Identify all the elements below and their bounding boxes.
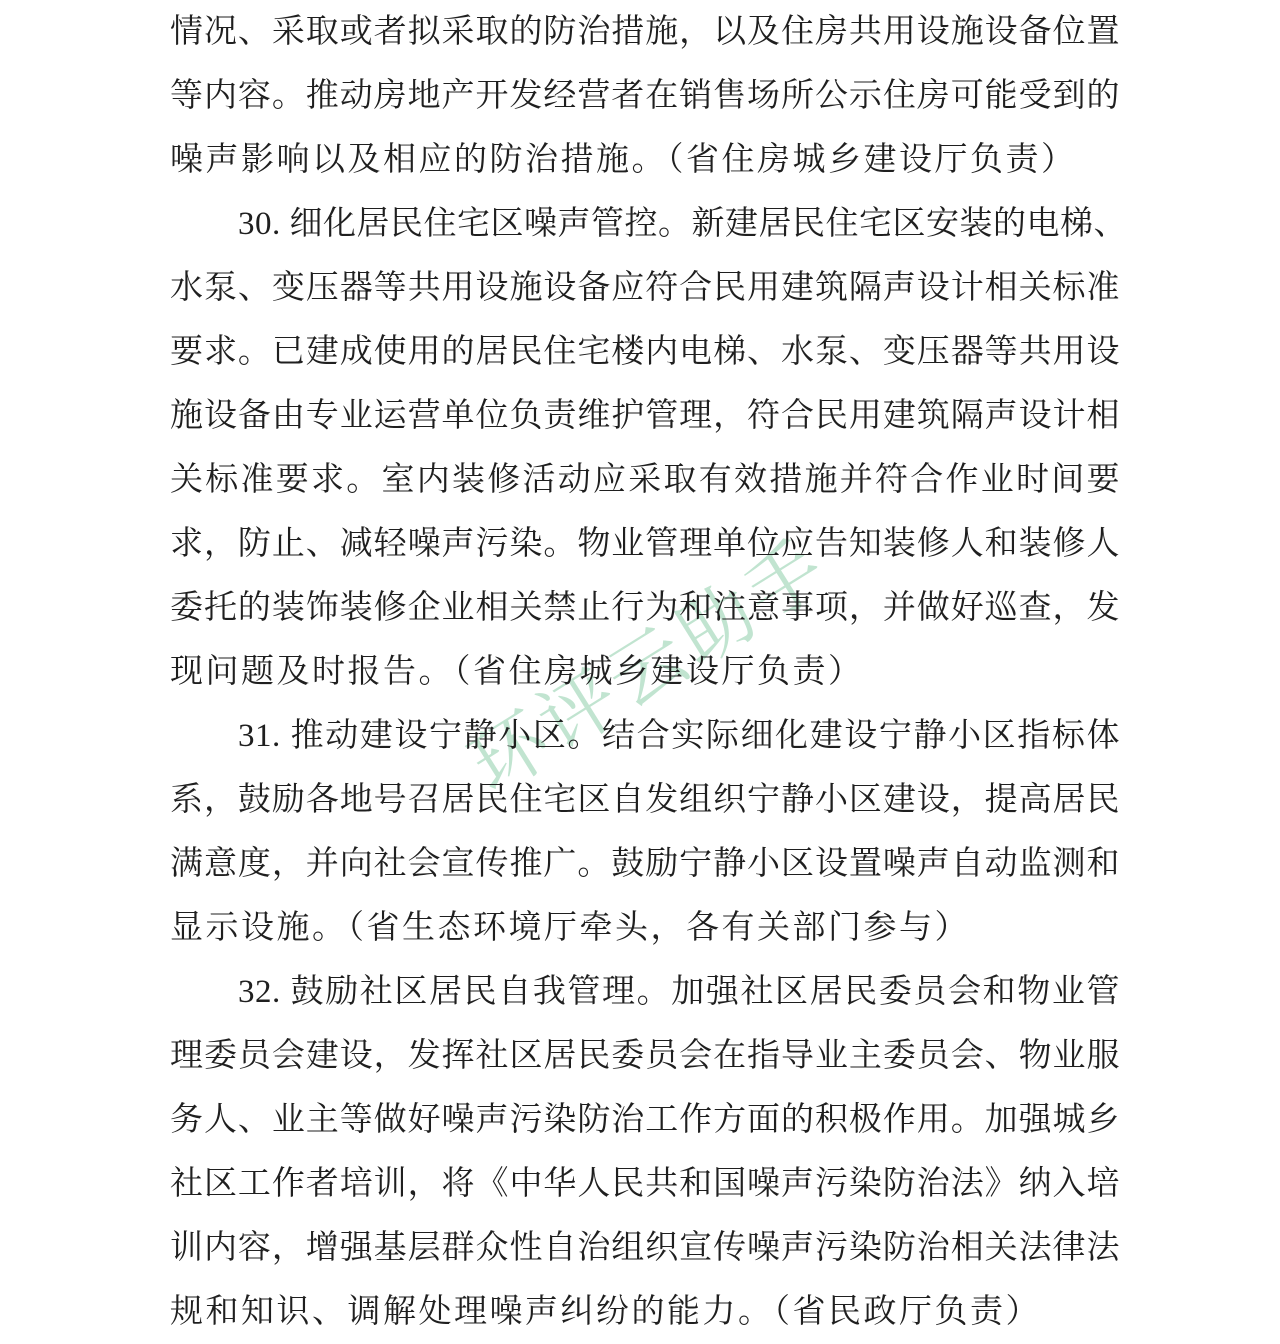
- text-line: 施设备由专业运营单位负责维护管理，符合民用建筑隔声设计相: [170, 384, 1120, 448]
- text-line: 要求。已建成使用的居民住宅楼内电梯、水泵、变压器等共用设: [170, 320, 1120, 384]
- text-line: 关标准要求。室内装修活动应采取有效措施并符合作业时间要: [170, 448, 1120, 512]
- text-line: 显示设施。（省生态环境厅牵头，各有关部门参与）: [170, 896, 1120, 960]
- text-line: 规和知识、调解处理噪声纠纷的能力。（省民政厅负责）: [170, 1280, 1120, 1344]
- text-line: 委托的装饰装修企业相关禁止行为和注意事项，并做好巡查，发: [170, 576, 1120, 640]
- text-line: 务人、业主等做好噪声污染防治工作方面的积极作用。加强城乡: [170, 1088, 1120, 1152]
- text-line: 情况、采取或者拟采取的防治措施，以及住房共用设施设备位置: [170, 0, 1120, 64]
- document-body: 情况、采取或者拟采取的防治措施，以及住房共用设施设备位置 等内容。推动房地产开发…: [170, 0, 1120, 1344]
- text-line: 32. 鼓励社区居民自我管理。加强社区居民委员会和物业管: [170, 960, 1120, 1024]
- text-line: 求，防止、减轻噪声污染。物业管理单位应告知装修人和装修人: [170, 512, 1120, 576]
- text-line: 等内容。推动房地产开发经营者在销售场所公示住房可能受到的: [170, 64, 1120, 128]
- text-line: 水泵、变压器等共用设施设备应符合民用建筑隔声设计相关标准: [170, 256, 1120, 320]
- document-page: 环评云助手 情况、采取或者拟采取的防治措施，以及住房共用设施设备位置 等内容。推…: [0, 0, 1280, 1344]
- text-line: 系，鼓励各地号召居民住宅区自发组织宁静小区建设，提高居民: [170, 768, 1120, 832]
- text-line: 31. 推动建设宁静小区。结合实际细化建设宁静小区指标体: [170, 704, 1120, 768]
- text-line: 30. 细化居民住宅区噪声管控。新建居民住宅区安装的电梯、: [170, 192, 1120, 256]
- text-line: 理委员会建设，发挥社区居民委员会在指导业主委员会、物业服: [170, 1024, 1120, 1088]
- text-line: 满意度，并向社会宣传推广。鼓励宁静小区设置噪声自动监测和: [170, 832, 1120, 896]
- text-line: 训内容，增强基层群众性自治组织宣传噪声污染防治相关法律法: [170, 1216, 1120, 1280]
- text-line: 噪声影响以及相应的防治措施。（省住房城乡建设厅负责）: [170, 128, 1120, 192]
- text-line: 社区工作者培训，将《中华人民共和国噪声污染防治法》纳入培: [170, 1152, 1120, 1216]
- text-line: 现问题及时报告。（省住房城乡建设厅负责）: [170, 640, 1120, 704]
